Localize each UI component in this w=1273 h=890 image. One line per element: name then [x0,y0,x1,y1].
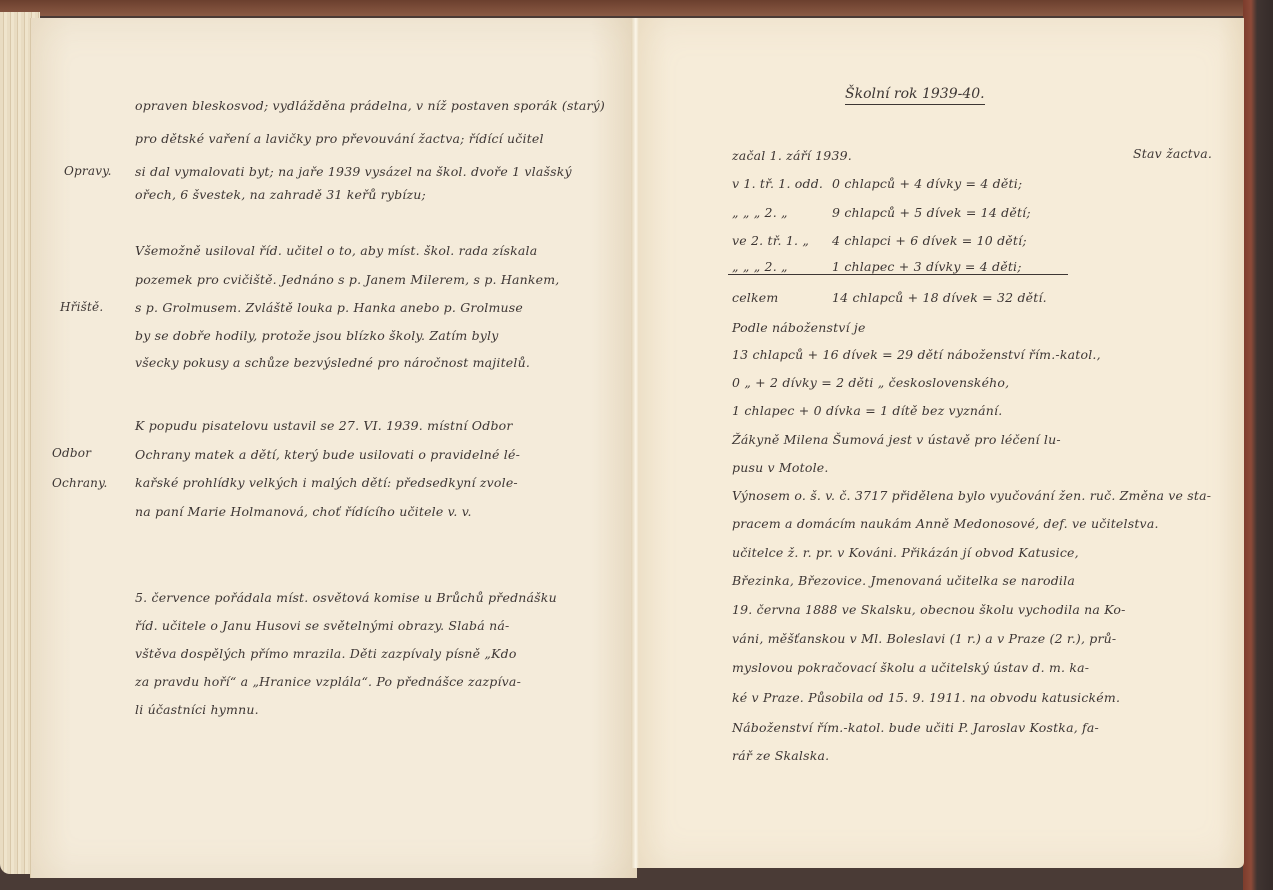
text-line: by se dobře hodily, protože jsou blízko … [135,328,499,343]
text-line: vštěva dospělých přímo mrazila. Děti zaz… [135,646,517,661]
total-label: celkem [732,290,778,305]
text-line: rář ze Skalska. [732,748,829,763]
text-line: pracem a domácím naukám Anně Medonosové,… [732,516,1159,531]
text-line: pro dětské vaření a lavičky pro převouvá… [135,131,544,146]
margin-label: Ochrany. [52,476,108,490]
text-line: Ochrany matek a dětí, který bude usilova… [135,447,520,462]
text-line: opraven bleskosvod; vydlážděna prádelna,… [135,98,605,113]
row-values: 4 chlapci + 6 dívek = 10 dětí; [832,233,1027,248]
text-line: učitelce ž. r. pr. v Kováni. Přikázán jí… [732,545,1079,560]
row-label: v 1. tř. 1. odd. [732,176,823,191]
text-line: si dal vymalovati byt; na jaře 1939 vysá… [135,164,572,179]
text-line: všecky pokusy a schůze bezvýsledné pro n… [135,355,530,370]
row-values: 9 chlapců + 5 dívek = 14 dětí; [832,205,1031,220]
text-line: li účastníci hymnu. [135,702,259,717]
religion-line: 13 chlapců + 16 dívek = 29 dětí nábožens… [732,347,1101,362]
text-line: s p. Grolmusem. Zvláště louka p. Hanka a… [135,300,523,315]
row-label: „ „ „ 2. „ [732,205,788,220]
text-line: pusu v Motole. [732,460,829,475]
religion-line: 0 „ + 2 dívky = 2 děti „ československéh… [732,375,1009,390]
sum-rule-line [728,274,1068,275]
religion-line: 1 chlapec + 0 dívka = 1 dítě bez vyznání… [732,403,1002,418]
text-line: pozemek pro cvičiště. Jednáno s p. Janem… [135,272,559,287]
row-values: 1 chlapec + 3 dívky = 4 děti; [832,259,1022,274]
page-title: Školní rok 1939-40. [845,86,985,105]
text-line: Žákyně Milena Šumová jest v ústavě pro l… [732,432,1061,447]
text-line: kařské prohlídky velkých i malých dětí: … [135,475,518,490]
margin-label: Hřiště. [60,300,103,314]
side-heading: Stav žactva. [1133,146,1212,161]
text-line: Náboženství řím.-katol. bude učiti P. Ja… [732,720,1099,735]
text-line: Březinka, Březovice. Jmenovaná učitelka … [732,573,1075,588]
text-line: ořech, 6 švestek, na zahradě 31 keřů ryb… [135,187,426,202]
text-line: Výnosem o. š. v. č. 3717 přidělena bylo … [732,488,1211,503]
book-cover-right-edge [1243,0,1273,890]
margin-label: Opravy. [64,164,112,178]
text-line: 19. června 1888 ve Skalsku, obecnou škol… [732,602,1126,617]
total-values: 14 chlapců + 18 dívek = 32 dětí. [832,290,1047,305]
text-line: říd. učitele o Janu Husovi se světelnými… [135,618,509,633]
text-line: 5. července pořádala míst. osvětová komi… [135,590,557,605]
start-line: začal 1. září 1939. [732,148,852,163]
row-values: 0 chlapců + 4 dívky = 4 děti; [832,176,1022,191]
text-line: myslovou pokračovací školu a učitelský ú… [732,660,1089,675]
text-line: váni, měšťanskou v Ml. Boleslavi (1 r.) … [732,631,1116,646]
religion-heading: Podle náboženství je [732,320,866,335]
text-line: na paní Marie Holmanová, choť řídícího u… [135,504,472,519]
book-gutter [631,18,639,868]
text-line: za pravdu hoří“ a „Hranice vzplála“. Po … [135,674,521,689]
row-label: „ „ „ 2. „ [732,259,788,274]
book-cover-top-edge [0,0,1273,16]
row-label: ve 2. tř. 1. „ [732,233,809,248]
text-line: K popudu pisatelovu ustavil se 27. VI. 1… [135,418,513,433]
text-line: Všemožně usiloval říd. učitel o to, aby … [135,243,537,258]
text-line: ké v Praze. Působila od 15. 9. 1911. na … [732,690,1120,705]
margin-label: Odbor [52,446,91,460]
